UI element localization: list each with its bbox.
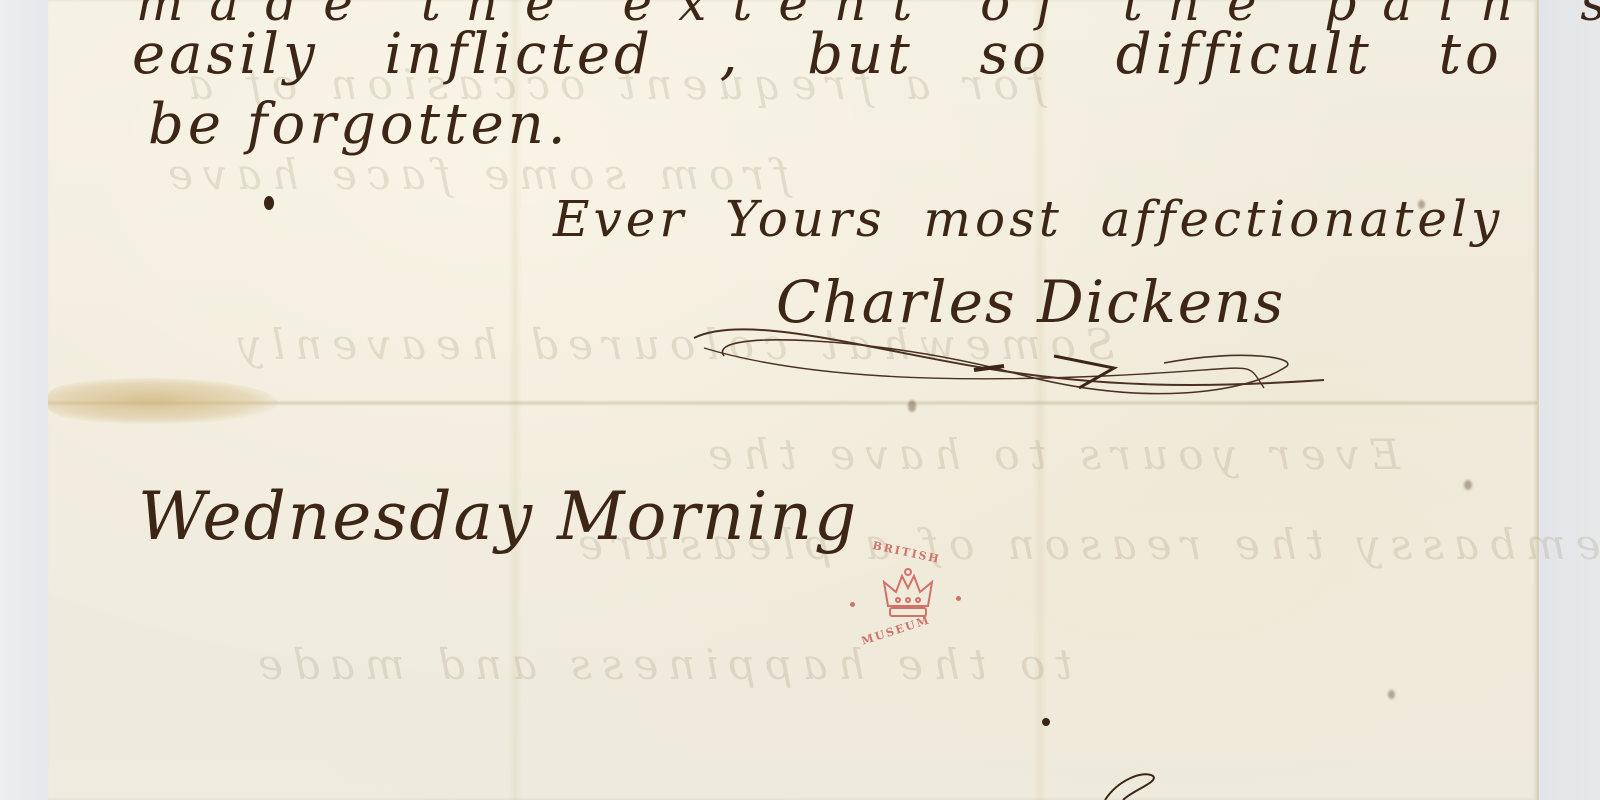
paper-smudge <box>1464 480 1472 490</box>
letter-page: for a frequent occasion of a from some f… <box>48 0 1539 800</box>
stamp-dot <box>956 596 961 601</box>
paper-stain <box>48 378 278 424</box>
ink-blot <box>264 196 274 210</box>
letter-line: be forgotten. <box>148 92 570 157</box>
ink-dot <box>1042 718 1050 726</box>
stamp-dot <box>850 602 855 607</box>
paper-smudge <box>908 400 916 412</box>
signature-flourish-icon <box>684 318 1334 408</box>
bleed-through-text: Ever yours to have the <box>698 430 1400 479</box>
letter-line: easily inflicted , but so difficult to <box>132 22 1503 87</box>
letter-dateline: Wednesday Morning <box>138 478 858 555</box>
british-museum-stamp: BRITISH MUSEUM <box>846 544 970 648</box>
paper-smudge <box>1418 200 1425 209</box>
partial-letter-stroke-icon <box>1103 770 1163 800</box>
paper-smudge <box>1388 690 1395 699</box>
letter-closing: Ever Yours most affectionately <box>553 190 1503 248</box>
document-viewer: for a frequent occasion of a from some f… <box>0 0 1600 800</box>
